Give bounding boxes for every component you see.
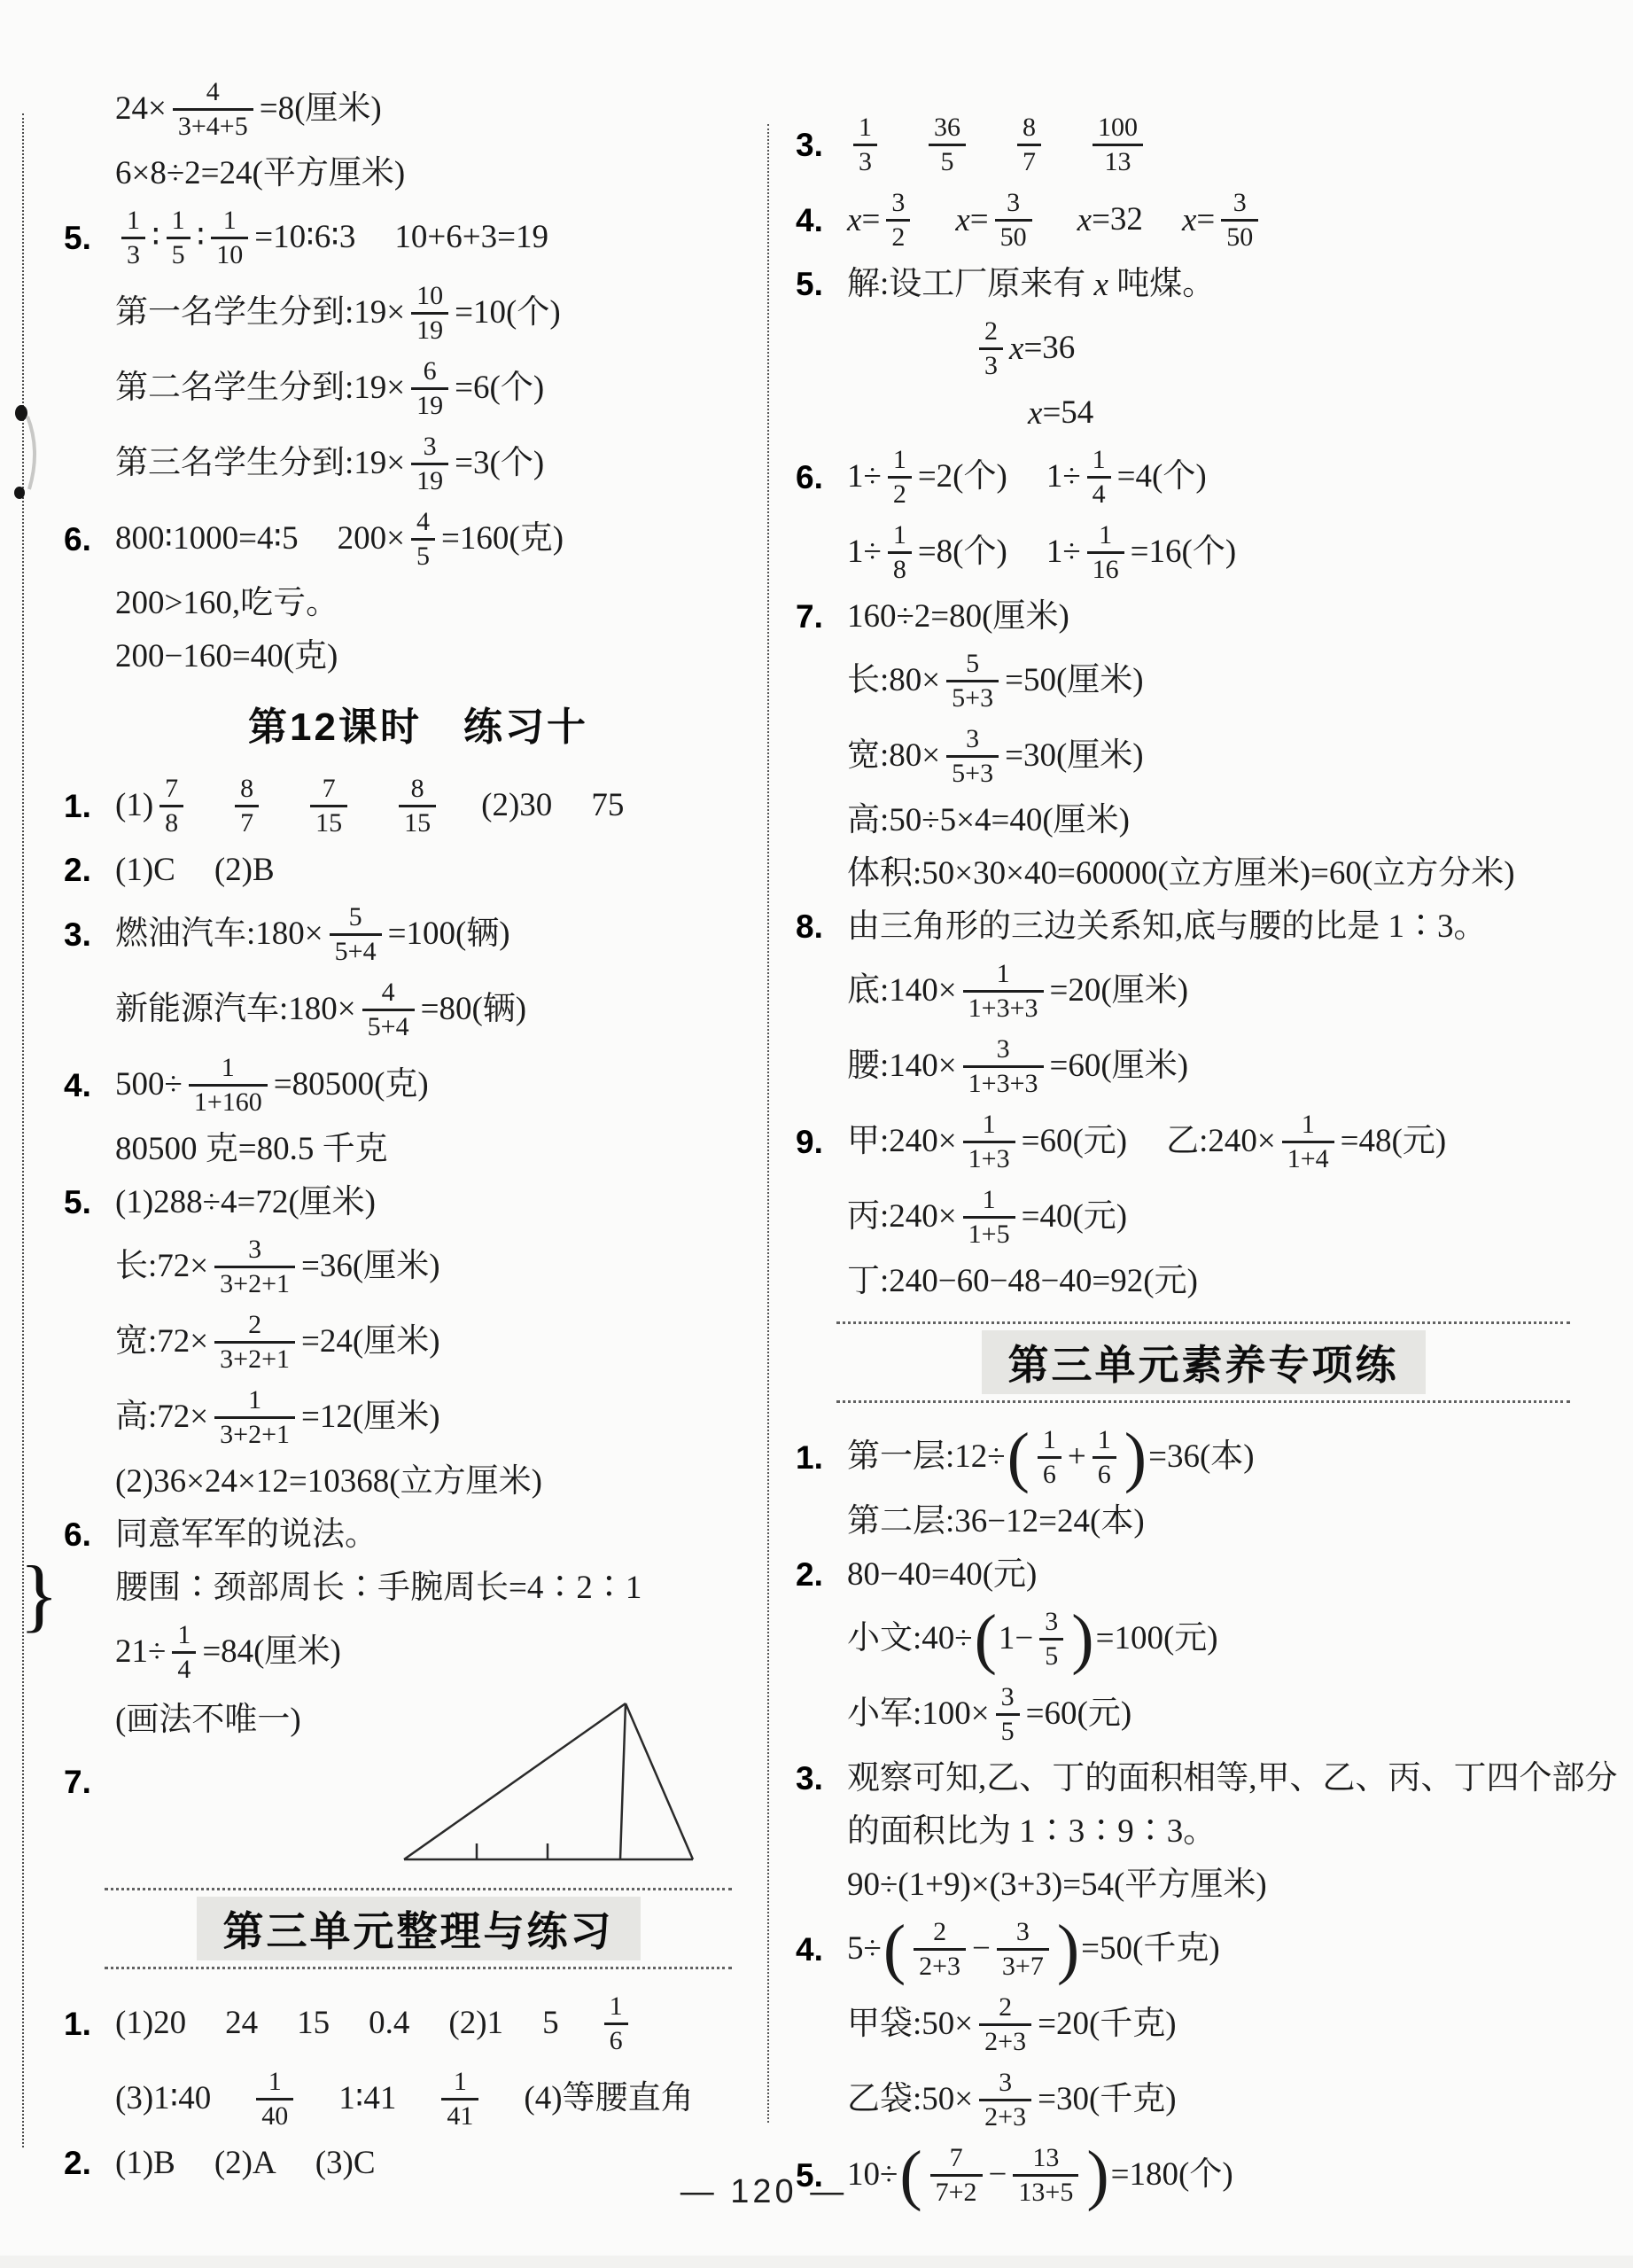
fraction-denominator: 41 bbox=[441, 2098, 478, 2132]
fraction-numerator: 1 bbox=[853, 112, 877, 144]
fraction: 45+4 bbox=[362, 977, 415, 1043]
math-text: 90÷(1+9)×(3+3)=54(平方厘米) bbox=[847, 1865, 1267, 1906]
math-text: 腰:140× bbox=[847, 1046, 957, 1087]
answer-line-row: x=54 bbox=[796, 391, 1611, 435]
page-edge-dotted-line bbox=[22, 113, 24, 2147]
fraction-denominator: 1+5 bbox=[963, 1216, 1015, 1251]
math-text: (4)等腰直角 bbox=[524, 2078, 693, 2119]
fraction-numerator: 1 bbox=[1087, 444, 1111, 476]
item-number: 5. bbox=[64, 1184, 91, 1221]
answer-line-row: 腰围∶颈部周长∶手腕周长=4∶2∶1 bbox=[64, 1566, 773, 1610]
fraction-numerator: 3 bbox=[1221, 187, 1258, 219]
fraction: 35 bbox=[996, 1681, 1020, 1748]
fraction-denominator: 5+4 bbox=[330, 933, 382, 968]
answer-line-row: 6×8÷2=24(平方厘米) bbox=[64, 152, 773, 196]
math-text: =40(元) bbox=[1022, 1196, 1128, 1237]
fraction-numerator: 4 bbox=[173, 76, 253, 108]
math-text: =54 bbox=[1042, 393, 1093, 433]
math-text: 底:140× bbox=[847, 970, 957, 1011]
fraction-numerator: 1 bbox=[441, 2066, 478, 2098]
fraction-numerator: 1 bbox=[963, 958, 1044, 990]
answer-line-row: 宽:72×23+2+1=24(厘米) bbox=[64, 1309, 773, 1376]
math-text: = bbox=[1196, 199, 1215, 240]
answer-line-row: 1÷18=8(个)1÷116=16(个) bbox=[796, 519, 1611, 586]
fraction-denominator: 3+2+1 bbox=[214, 1266, 295, 1300]
math-text: 长:80× bbox=[847, 660, 940, 701]
fraction-denominator: 1+160 bbox=[189, 1084, 268, 1118]
math-text: (画法不唯一) bbox=[115, 1695, 301, 1741]
fraction-numerator: 7 bbox=[310, 773, 347, 805]
answer-item-row: 5.13∶15∶110=10∶6∶310+6+3=19 bbox=[64, 205, 773, 271]
fraction-denominator: 5+3 bbox=[946, 755, 999, 790]
fraction-denominator: 1+3+3 bbox=[963, 1065, 1044, 1100]
fraction: 22+3 bbox=[914, 1916, 966, 1983]
item-number: 3. bbox=[64, 916, 91, 954]
answer-item-row: 7.(画法不唯一) bbox=[64, 1695, 773, 1870]
math-text: (1)C bbox=[115, 850, 175, 891]
math-text: 1÷ bbox=[847, 532, 882, 573]
answer-line-row: 第二名学生分到:19×619=6(个) bbox=[64, 355, 773, 422]
fraction-numerator: 1 bbox=[888, 444, 912, 476]
answer-line-row: 乙袋:50×32+3=30(千克) bbox=[796, 2067, 1611, 2133]
fraction-numerator: 1 bbox=[1038, 1424, 1061, 1456]
fraction: 87 bbox=[1017, 112, 1041, 178]
item-number: 6. bbox=[796, 459, 823, 496]
fraction: 11+160 bbox=[189, 1052, 268, 1118]
fraction: 87 bbox=[235, 773, 259, 839]
item-number: 4. bbox=[64, 1067, 91, 1104]
fraction: 14 bbox=[1087, 444, 1111, 510]
fraction-denominator: 13 bbox=[1093, 144, 1143, 178]
math-text: (3)C bbox=[315, 2143, 376, 2184]
fraction-denominator: 5+4 bbox=[362, 1009, 415, 1043]
fraction: 350 bbox=[1221, 187, 1258, 253]
math-variable: x bbox=[847, 201, 861, 239]
fraction: 23+2+1 bbox=[214, 1309, 295, 1376]
answer-line-row: 第一名学生分到:19×1019=10(个) bbox=[64, 280, 773, 347]
answer-item-row: 1.(1)2024150.4(2)1516 bbox=[64, 1991, 773, 2057]
fraction-numerator: 1 bbox=[888, 519, 912, 551]
item-number: 1. bbox=[796, 1439, 823, 1477]
fraction-denominator: 5 bbox=[996, 1713, 1020, 1748]
fraction-numerator: 3 bbox=[996, 1681, 1020, 1713]
fraction-denominator: 5 bbox=[167, 237, 191, 271]
math-text: 0.4 bbox=[369, 2003, 409, 2044]
fraction-numerator: 1 bbox=[1087, 519, 1124, 551]
item-number: 3. bbox=[796, 1760, 823, 1797]
fraction-denominator: 5+3 bbox=[946, 680, 999, 714]
answer-line-row: 21÷14=84(厘米) bbox=[64, 1619, 773, 1686]
fraction: 55+4 bbox=[330, 901, 382, 968]
math-text: 观察可知,乙、丁的面积相等,甲、乙、丙、丁四个部分 bbox=[847, 1758, 1618, 1799]
math-text: 第三名学生分到:19× bbox=[115, 443, 405, 484]
math-text: (2)1 bbox=[448, 2003, 503, 2044]
fraction-numerator: 2 bbox=[979, 316, 1003, 347]
answer-item-row: 6.同意军军的说法。 bbox=[64, 1513, 773, 1557]
math-text: (1) bbox=[115, 785, 153, 826]
fraction: 16 bbox=[604, 1991, 628, 2057]
math-variable: x bbox=[1009, 330, 1023, 368]
fraction-numerator: 1 bbox=[1282, 1109, 1334, 1141]
fraction-denominator: 5 bbox=[1039, 1638, 1063, 1672]
fraction-numerator: 1 bbox=[167, 205, 191, 237]
math-text: 小文:40÷ bbox=[847, 1618, 973, 1659]
fraction: 365 bbox=[929, 112, 966, 178]
fraction: 43+4+5 bbox=[173, 76, 253, 143]
math-text: (2)B bbox=[214, 850, 275, 891]
fraction-numerator: 3 bbox=[995, 187, 1032, 219]
fraction-denominator: 2+3 bbox=[979, 2023, 1031, 2058]
math-text: = bbox=[861, 199, 880, 240]
fraction: 22+3 bbox=[979, 1991, 1031, 2058]
fraction-denominator: 3 bbox=[853, 144, 877, 178]
fraction-numerator: 2 bbox=[914, 1916, 966, 1948]
fraction-denominator: 50 bbox=[1221, 219, 1258, 253]
math-text: =30(千克) bbox=[1038, 2079, 1177, 2120]
math-text: 1÷ bbox=[1046, 456, 1081, 497]
fraction: 140 bbox=[256, 2066, 293, 2132]
fraction-numerator: 2 bbox=[979, 1991, 1031, 2023]
fraction: 16 bbox=[1093, 1424, 1116, 1491]
math-text: =6(个) bbox=[455, 368, 544, 409]
math-text: =8(厘米) bbox=[260, 89, 382, 129]
answer-line-row: 腰:140×31+3+3=60(厘米) bbox=[796, 1033, 1611, 1100]
fraction: 31+3+3 bbox=[963, 1033, 1044, 1100]
math-text: 24 bbox=[225, 2003, 258, 2044]
fraction: 319 bbox=[411, 431, 448, 497]
fraction-numerator: 100 bbox=[1093, 112, 1143, 144]
answer-line-row: 高:72×13+2+1=12(厘米) bbox=[64, 1384, 773, 1451]
item-number: 6. bbox=[64, 1516, 91, 1554]
unit-header-band: 第三单元素养专项练 bbox=[836, 1321, 1570, 1403]
math-text: =100(辆) bbox=[388, 914, 510, 955]
fraction-numerator: 36 bbox=[929, 112, 966, 144]
answer-item-row: 6.1÷12=2(个)1÷14=4(个) bbox=[796, 444, 1611, 510]
math-variable: x bbox=[1077, 201, 1092, 239]
fraction-numerator: 7 bbox=[930, 2142, 983, 2174]
math-text: − bbox=[989, 2155, 1007, 2195]
answer-line-row: 丙:240×11+5=40(元) bbox=[796, 1184, 1611, 1251]
math-text: 第一名学生分到:19× bbox=[115, 292, 405, 333]
math-text: =48(元) bbox=[1341, 1121, 1447, 1162]
math-text: =10∶6∶3 bbox=[254, 217, 355, 258]
math-text: 由三角形的三边关系知,底与腰的比是 1∶3。 bbox=[847, 907, 1487, 947]
fraction-numerator: 3 bbox=[214, 1234, 295, 1266]
math-text: 宽:80× bbox=[847, 736, 940, 776]
big-right-paren: ) bbox=[1086, 2145, 1108, 2205]
math-variable: x bbox=[1182, 201, 1196, 239]
math-text: =60(元) bbox=[1022, 1121, 1128, 1162]
math-text: − bbox=[972, 1929, 991, 1969]
math-text: 75 bbox=[591, 785, 624, 826]
fraction: 1313+5 bbox=[1013, 2142, 1078, 2209]
answer-line-row: 200−160=40(克) bbox=[64, 635, 773, 679]
workbook-page: } 24×43+4+5=8(厘米)6×8÷2=24(平方厘米)5.13∶15∶1… bbox=[0, 0, 1633, 2268]
fraction-denominator: 4 bbox=[1087, 476, 1111, 510]
big-left-paren: ( bbox=[975, 1609, 997, 1669]
fraction: 350 bbox=[995, 187, 1032, 253]
fraction: 18 bbox=[888, 519, 912, 586]
fraction: 1019 bbox=[411, 280, 448, 347]
item-number: 1. bbox=[64, 788, 91, 825]
fraction-denominator: 7 bbox=[1017, 144, 1041, 178]
fraction-denominator: 19 bbox=[411, 312, 448, 347]
fraction-denominator: 6 bbox=[604, 2022, 628, 2057]
math-text: 腰围∶颈部周长∶手腕周长=4∶2∶1 bbox=[115, 1568, 642, 1609]
fraction-denominator: 13+5 bbox=[1013, 2174, 1078, 2209]
answer-line-row: 长:80×55+3=50(厘米) bbox=[796, 648, 1611, 714]
fraction: 14 bbox=[172, 1619, 196, 1686]
fraction: 815 bbox=[399, 773, 436, 839]
fraction: 11+3+3 bbox=[963, 958, 1044, 1025]
item-number: 1. bbox=[64, 2006, 91, 2043]
math-text: 燃油汽车:180× bbox=[115, 914, 323, 955]
math-text: 体积:50×30×40=60000(立方厘米)=60(立方分米) bbox=[847, 853, 1515, 894]
answer-item-row: 3.133658710013 bbox=[796, 112, 1611, 178]
answer-line-row: 的面积比为 1∶3∶9∶3。 bbox=[796, 1810, 1611, 1854]
math-text: 80−40=40(元) bbox=[847, 1555, 1037, 1595]
fraction: 45 bbox=[411, 506, 435, 573]
unit-header-text: 第三单元整理与练习 bbox=[197, 1897, 641, 1960]
big-right-paren: ) bbox=[1071, 1609, 1093, 1669]
math-text: =10(个) bbox=[455, 292, 561, 333]
lesson-header: 第12课时 练习十 bbox=[64, 695, 773, 752]
answer-line-row: 丁:240−60−48−40=92(元) bbox=[796, 1259, 1611, 1304]
math-text: 1÷ bbox=[1046, 532, 1081, 573]
fraction-denominator: 2 bbox=[888, 476, 912, 510]
fraction: 10013 bbox=[1093, 112, 1143, 178]
fraction-numerator: 3 bbox=[979, 2067, 1031, 2099]
item-number: 5. bbox=[796, 266, 823, 303]
answer-item-row: 5.解:设工厂原来有 x 吨煤。 bbox=[796, 262, 1611, 307]
fraction: 619 bbox=[411, 355, 448, 422]
math-text: 吨煤。 bbox=[1108, 264, 1215, 305]
answer-line-row: 高:50÷5×4=40(厘米) bbox=[796, 799, 1611, 843]
fraction-numerator: 1 bbox=[604, 1991, 628, 2022]
fraction-denominator: 5 bbox=[411, 538, 435, 573]
fraction-denominator: 1+3 bbox=[963, 1141, 1015, 1175]
math-text: ∶ bbox=[152, 217, 160, 258]
math-text: =12(厘米) bbox=[301, 1397, 440, 1438]
fraction: 13+2+1 bbox=[214, 1384, 295, 1451]
unit-header-text: 第三单元素养专项练 bbox=[982, 1330, 1426, 1394]
fraction-numerator: 2 bbox=[214, 1309, 295, 1341]
answer-item-row: 1.(1)7887715815(2)3075 bbox=[64, 773, 773, 839]
math-text: =36(本) bbox=[1148, 1437, 1255, 1477]
fraction-numerator: 5 bbox=[330, 901, 382, 933]
math-text: =160(克) bbox=[441, 518, 564, 559]
item-number: 6. bbox=[64, 521, 91, 558]
math-text: =30(厘米) bbox=[1005, 736, 1144, 776]
answers-column-left: 24×43+4+5=8(厘米)6×8÷2=24(平方厘米)5.13∶15∶110… bbox=[64, 76, 773, 2194]
math-variable: x bbox=[955, 201, 969, 239]
answer-line-row: 新能源汽车:180×45+4=80(辆) bbox=[64, 977, 773, 1043]
math-text: 甲:240× bbox=[847, 1121, 957, 1162]
fraction-denominator: 3 bbox=[979, 347, 1003, 382]
big-left-paren: ( bbox=[883, 1919, 906, 1979]
math-text: =3(个) bbox=[455, 443, 544, 484]
fraction: 55+3 bbox=[946, 648, 999, 714]
math-text: 200× bbox=[338, 518, 405, 559]
item-number: 4. bbox=[796, 202, 823, 239]
item-number: 3. bbox=[796, 127, 823, 164]
math-text: =60(厘米) bbox=[1050, 1046, 1189, 1087]
fraction-numerator: 4 bbox=[362, 977, 415, 1009]
fraction-numerator: 10 bbox=[411, 280, 448, 312]
fraction-denominator: 19 bbox=[411, 463, 448, 497]
math-text: =50(千克) bbox=[1081, 1929, 1220, 1969]
answer-line-row: 小军:100×35=60(元) bbox=[796, 1681, 1611, 1748]
fraction-denominator: 3+7 bbox=[997, 1948, 1049, 1983]
math-text: =100(元) bbox=[1096, 1618, 1218, 1659]
fraction-numerator: 8 bbox=[399, 773, 436, 805]
answer-item-row: 2.80−40=40(元) bbox=[796, 1553, 1611, 1597]
math-text: 高:72× bbox=[115, 1397, 208, 1438]
fraction-numerator: 1 bbox=[256, 2066, 293, 2098]
answer-item-row: 4.500÷11+160=80500(克) bbox=[64, 1052, 773, 1118]
item-number: 7. bbox=[796, 598, 823, 635]
fraction-denominator: 19 bbox=[411, 387, 448, 422]
answer-item-row: 9.甲:240×11+3=60(元)乙:240×11+4=48(元) bbox=[796, 1109, 1611, 1175]
answer-line-row: 第二层:36−12=24(本) bbox=[796, 1500, 1611, 1544]
math-text: 的面积比为 1∶3∶9∶3。 bbox=[847, 1812, 1216, 1852]
math-text: 800∶1000=4∶5 bbox=[115, 518, 299, 559]
math-text: (2)36×24×12=10368(立方厘米) bbox=[115, 1461, 542, 1502]
item-number: 2. bbox=[64, 2145, 91, 2182]
scan-ink-blob bbox=[15, 405, 27, 421]
fraction: 141 bbox=[441, 2066, 478, 2132]
math-text: =50(厘米) bbox=[1005, 660, 1144, 701]
math-text: =80(辆) bbox=[421, 989, 527, 1030]
math-text: 同意军军的说法。 bbox=[115, 1515, 377, 1555]
math-text: 500÷ bbox=[115, 1064, 183, 1105]
page-number: — 120 — bbox=[680, 2173, 848, 2211]
big-right-paren: ) bbox=[1124, 1427, 1147, 1487]
fraction-denominator: 16 bbox=[1087, 551, 1124, 586]
fraction-denominator: 3 bbox=[121, 237, 145, 271]
answer-line-row: 底:140×11+3+3=20(厘米) bbox=[796, 958, 1611, 1025]
fraction-numerator: 3 bbox=[997, 1916, 1049, 1948]
math-text: 长:72× bbox=[115, 1246, 208, 1287]
math-text: 6×8÷2=24(平方厘米) bbox=[115, 153, 405, 194]
fraction: 78 bbox=[159, 773, 183, 839]
answer-line-row: 24×43+4+5=8(厘米) bbox=[64, 76, 773, 143]
fraction-numerator: 4 bbox=[411, 506, 435, 538]
fraction: 11+3 bbox=[963, 1109, 1015, 1175]
answer-item-row: 1.第一层:12÷(16+16)=36(本) bbox=[796, 1424, 1611, 1491]
math-text: =180(个) bbox=[1111, 2155, 1233, 2195]
fraction-denominator: 8 bbox=[159, 805, 183, 839]
math-text: = bbox=[970, 199, 989, 240]
answer-item-row: 2.(1)B(2)A(3)C bbox=[64, 2141, 773, 2186]
fraction-numerator: 1 bbox=[121, 205, 145, 237]
fraction-numerator: 6 bbox=[411, 355, 448, 387]
fraction-numerator: 3 bbox=[411, 431, 448, 463]
fraction: 11+5 bbox=[963, 1184, 1015, 1251]
math-text: 小军:100× bbox=[847, 1694, 990, 1734]
fraction: 33+7 bbox=[997, 1916, 1049, 1983]
answer-line-row: 小文:40÷(1−35)=100(元) bbox=[796, 1606, 1611, 1672]
fraction: 16 bbox=[1038, 1424, 1061, 1491]
math-text: 甲袋:50× bbox=[847, 2004, 973, 2045]
big-left-paren: ( bbox=[899, 2145, 921, 2205]
fraction-denominator: 40 bbox=[256, 2098, 293, 2132]
math-text: =20(厘米) bbox=[1050, 970, 1189, 1011]
item-number: 2. bbox=[64, 852, 91, 889]
page-bottom-edge bbox=[0, 2256, 1633, 2268]
math-text: 200>160,吃亏。 bbox=[115, 583, 338, 624]
item-number: 9. bbox=[796, 1124, 823, 1161]
fraction: 33+2+1 bbox=[214, 1234, 295, 1300]
fraction-numerator: 3 bbox=[963, 1033, 1044, 1065]
math-text: 高:50÷5×4=40(厘米) bbox=[847, 800, 1130, 841]
math-text: ∶ bbox=[197, 217, 206, 258]
math-text: =24(厘米) bbox=[301, 1321, 440, 1362]
math-text: =16(个) bbox=[1131, 532, 1237, 573]
math-text: =80500(克) bbox=[274, 1064, 429, 1105]
math-text: 80500 克=80.5 千克 bbox=[115, 1129, 388, 1170]
math-text: 乙:240× bbox=[1166, 1121, 1276, 1162]
answer-item-row: 6.800∶1000=4∶5200×45=160(克) bbox=[64, 506, 773, 573]
answer-line-row: (3)1∶401401∶41141(4)等腰直角 bbox=[64, 2066, 773, 2132]
fraction-numerator: 1 bbox=[172, 1619, 196, 1651]
fraction: 13 bbox=[121, 205, 145, 271]
math-text: =36 bbox=[1023, 328, 1075, 369]
answer-item-row: 4.5÷(22+3−33+7)=50(千克) bbox=[796, 1916, 1611, 1983]
fraction-denominator: 5 bbox=[929, 144, 966, 178]
answer-line-row: 90÷(1+9)×(3+3)=54(平方厘米) bbox=[796, 1863, 1611, 1907]
math-text: =8(个) bbox=[918, 532, 1007, 573]
answer-line-row: 第三名学生分到:19×319=3(个) bbox=[64, 431, 773, 497]
fraction-numerator: 3 bbox=[886, 187, 910, 219]
item-number: 5. bbox=[64, 220, 91, 257]
math-text: (1)B bbox=[115, 2143, 175, 2184]
fraction-denominator: 2 bbox=[886, 219, 910, 253]
fraction-denominator: 10 bbox=[211, 237, 248, 271]
fraction-numerator: 3 bbox=[946, 723, 999, 755]
math-text: =4(个) bbox=[1117, 456, 1207, 497]
math-text: 10+6+3=19 bbox=[394, 217, 548, 258]
answer-item-row: 8.由三角形的三边关系知,底与腰的比是 1∶3。 bbox=[796, 905, 1611, 949]
math-text: 10÷ bbox=[847, 2155, 898, 2195]
answers-column-right: 3.1336587100134.x=32x=350x=32x=3505.解:设工… bbox=[796, 112, 1611, 2217]
fraction-denominator: 7+2 bbox=[930, 2174, 983, 2209]
big-right-paren: ) bbox=[1057, 1919, 1079, 1979]
fraction-denominator: 2+3 bbox=[914, 1948, 966, 1983]
answer-item-row: 5.10÷(77+2−1313+5)=180(个) bbox=[796, 2142, 1611, 2209]
fraction: 110 bbox=[211, 205, 248, 271]
fraction: 116 bbox=[1087, 519, 1124, 586]
fraction-numerator: 1 bbox=[189, 1052, 268, 1084]
fraction-denominator: 50 bbox=[995, 219, 1032, 253]
fraction-denominator: 3+4+5 bbox=[173, 108, 253, 143]
math-text: 宽:72× bbox=[115, 1321, 208, 1362]
fraction: 12 bbox=[888, 444, 912, 510]
math-text: 1− bbox=[999, 1618, 1033, 1659]
answer-item-row: 2.(1)C(2)B bbox=[64, 848, 773, 892]
answer-line-row: (2)36×24×12=10368(立方厘米) bbox=[64, 1460, 773, 1504]
math-text: (2)30 bbox=[481, 785, 552, 826]
fraction: 35 bbox=[1039, 1606, 1063, 1672]
answer-line-row: 200>160,吃亏。 bbox=[64, 581, 773, 626]
triangle-figure bbox=[397, 1696, 716, 1870]
answer-line-row: 体积:50×30×40=60000(立方厘米)=60(立方分米) bbox=[796, 852, 1611, 896]
math-text: 5 bbox=[542, 2003, 559, 2044]
math-text: =2(个) bbox=[918, 456, 1007, 497]
fraction-denominator: 6 bbox=[1038, 1456, 1061, 1491]
math-text: 丙:240× bbox=[847, 1196, 957, 1237]
fraction-numerator: 5 bbox=[946, 648, 999, 680]
